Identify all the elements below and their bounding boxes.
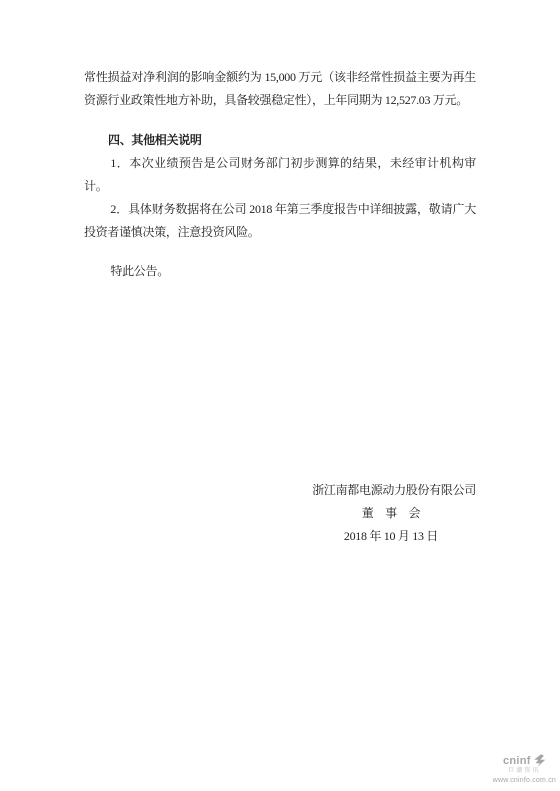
list-item-2: 2．具体财务数据将在公司 2018 年第三季度报告中详细披露，敬请广大投资者谨慎… bbox=[84, 198, 476, 244]
signature-board-of-directors: 董 事 会 bbox=[306, 502, 476, 525]
cninfo-watermark: cninf 巨潮资讯 www.cninfo.com.cn bbox=[493, 754, 556, 785]
signature-company-name: 浙江南都电源动力股份有限公司 bbox=[306, 479, 476, 502]
closing-note: 特此公告。 bbox=[84, 260, 476, 283]
section-heading: 四、其他相关说明 bbox=[84, 129, 476, 152]
body-paragraph-continuation: 常性损益对净利润的影响金额约为 15,000 万元（该非经常性损益主要为再生资源… bbox=[84, 66, 476, 112]
cninfo-chinese-label: 巨潮资讯 bbox=[493, 768, 556, 775]
lightning-flash-icon bbox=[532, 754, 546, 767]
list-item-1: 1．本次业绩预告是公司财务部门初步测算的结果，未经审计机构审计。 bbox=[84, 152, 476, 198]
document-page: 常性损益对净利润的影响金额约为 15,000 万元（该非经常性损益主要为再生资源… bbox=[0, 0, 560, 791]
cninfo-url: www.cninfo.com.cn bbox=[493, 776, 556, 785]
document-content: 常性损益对净利润的影响金额约为 15,000 万元（该非经常性损益主要为再生资源… bbox=[84, 66, 476, 548]
signature-block: 浙江南都电源动力股份有限公司 董 事 会 2018 年 10 月 13 日 bbox=[306, 479, 476, 548]
signature-date: 2018 年 10 月 13 日 bbox=[306, 525, 476, 548]
cninfo-logo-row: cninf bbox=[493, 754, 556, 767]
cninfo-logo-text: cninf bbox=[503, 755, 531, 767]
